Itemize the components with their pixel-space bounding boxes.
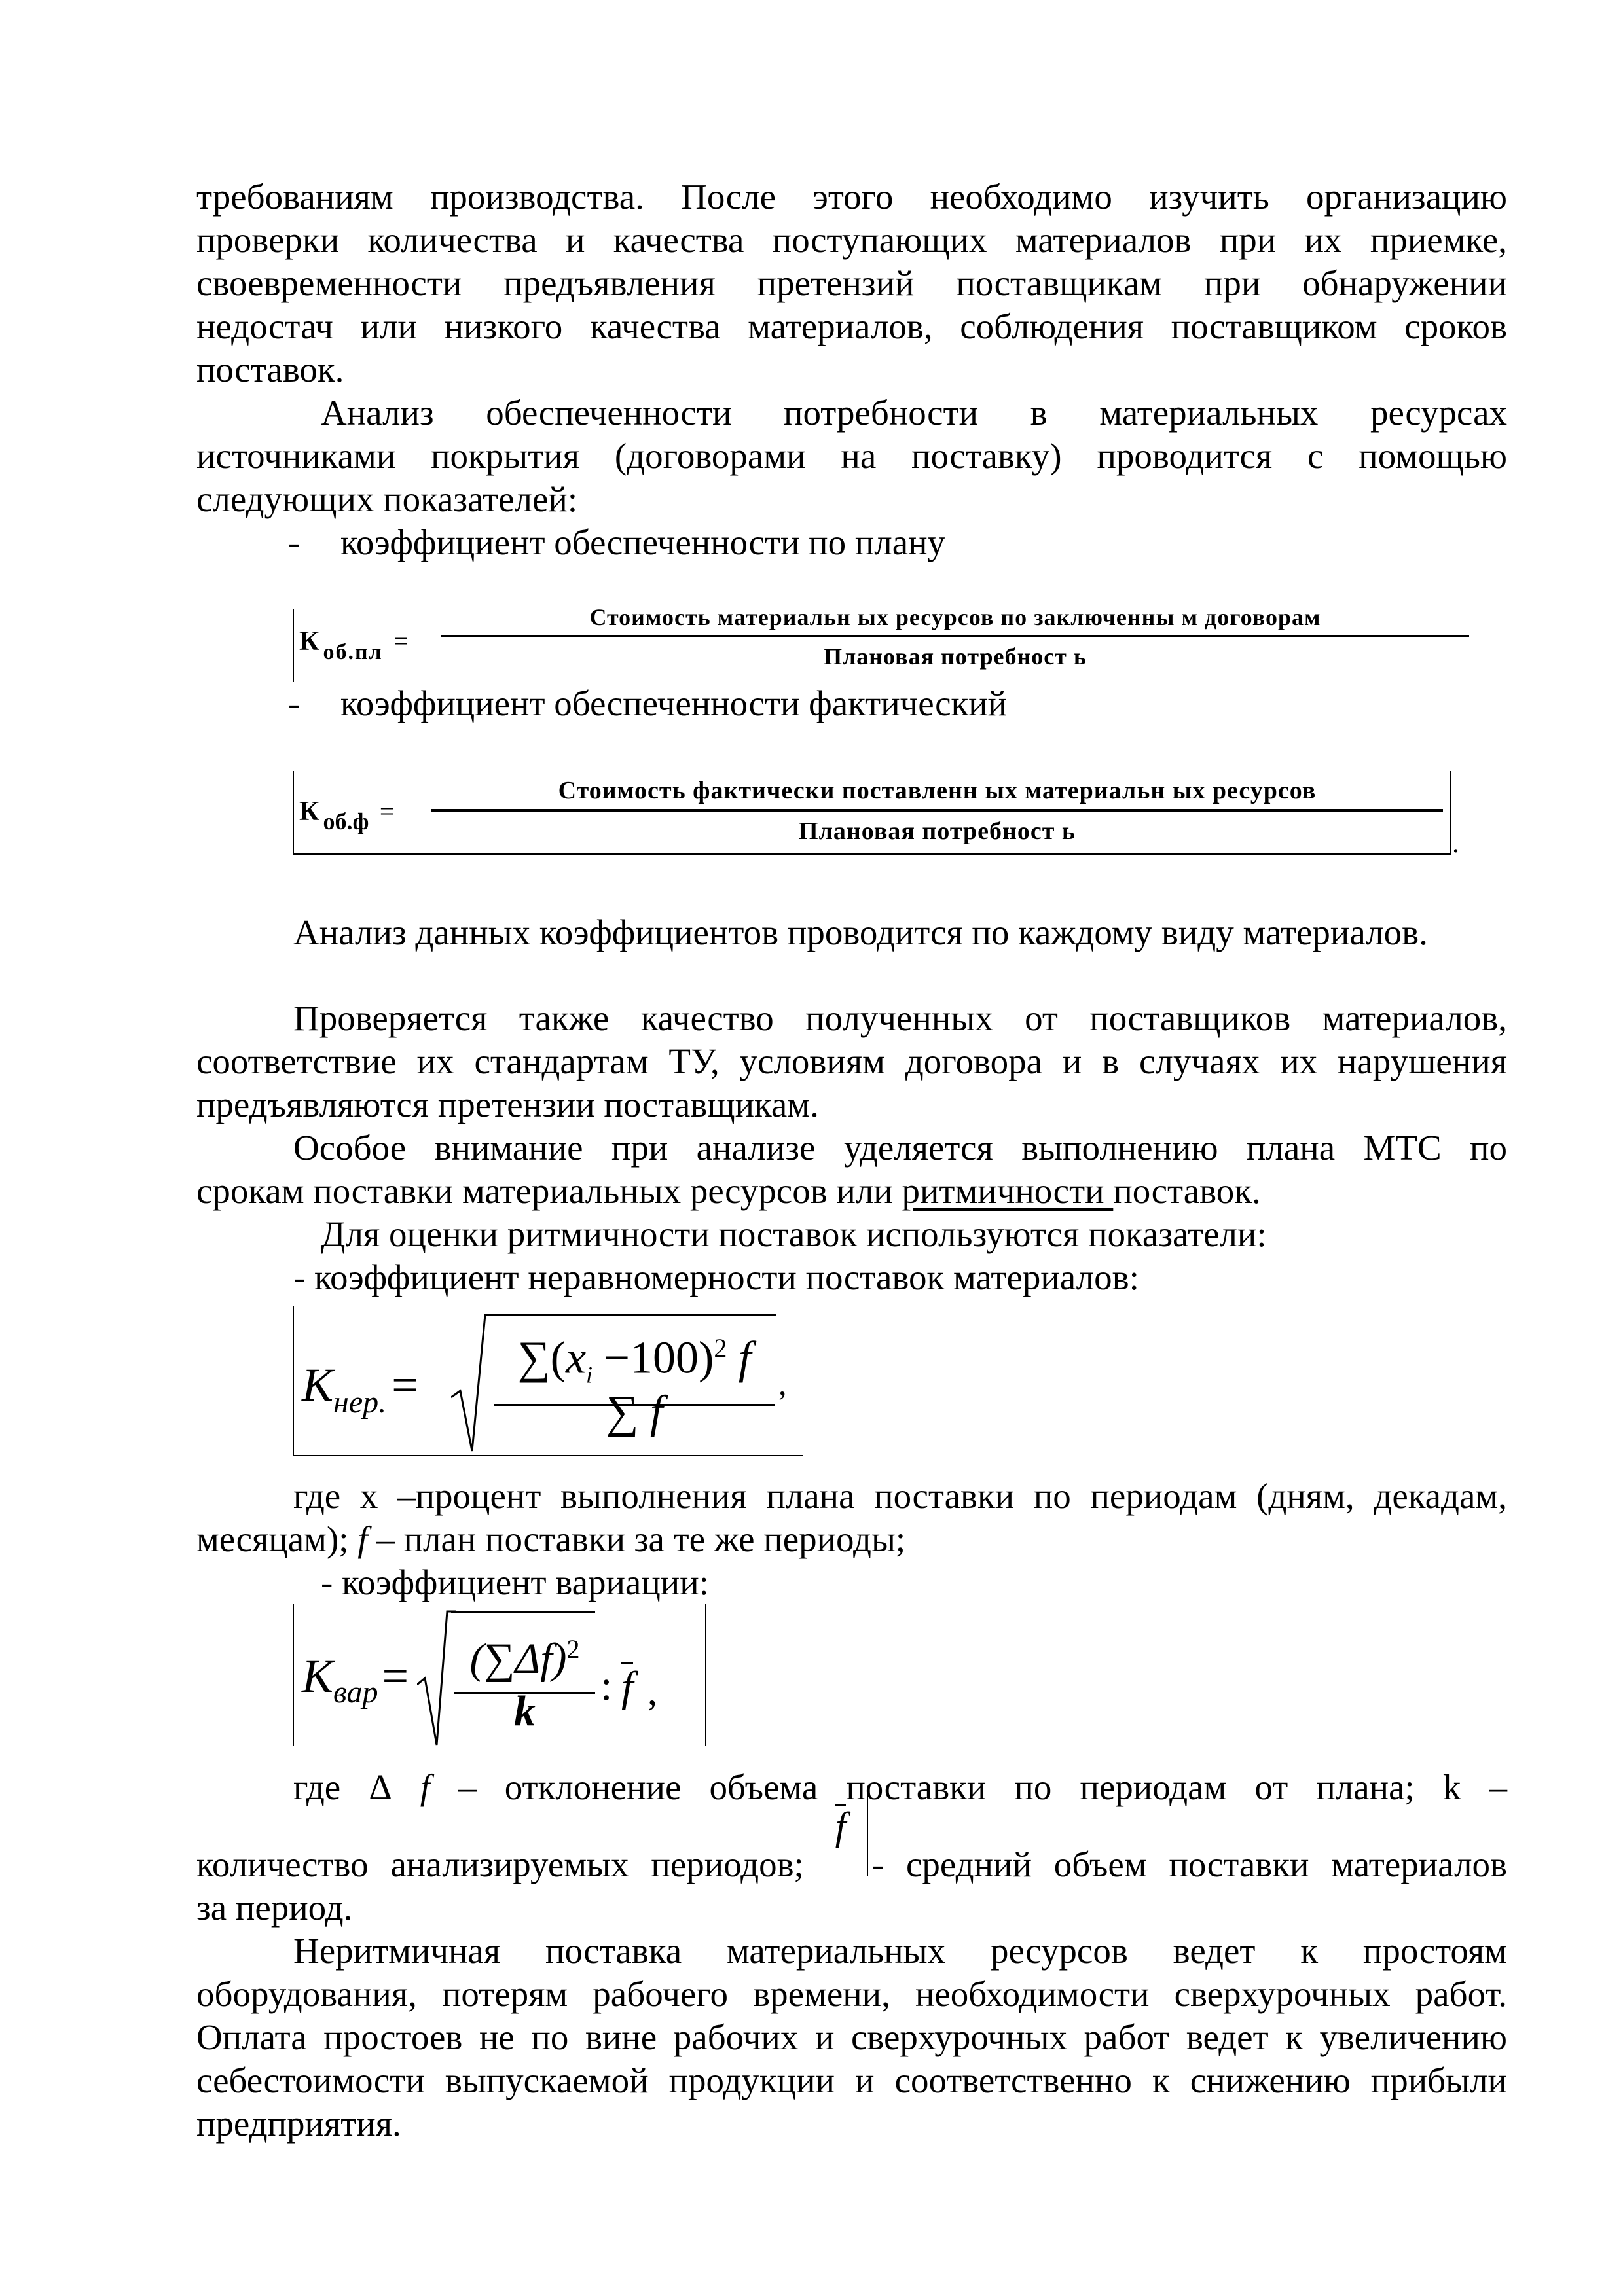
numerator: Стоимость фактически поставленн ых матер… xyxy=(431,776,1443,812)
sqrt-overbar xyxy=(488,1314,776,1316)
paragraph-line: где х –процент выполнения плана поставки… xyxy=(293,1475,1507,1518)
paragraph-line: Для оценки ритмичности поставок использу… xyxy=(321,1213,1499,1256)
text-segment: количество анализируемых периодов; xyxy=(196,1844,826,1884)
paragraph-line: предъявляются претензии поставщикам. xyxy=(196,1083,1507,1126)
word: от xyxy=(1254,1766,1288,1809)
word: объема xyxy=(709,1766,818,1809)
paragraph-line: Оплата простоев не по вине рабочих и све… xyxy=(196,2016,1507,2059)
paragraph-line: где Δ f – отклонение объема поставки по … xyxy=(293,1766,1507,1809)
paragraph-line: проверки количества и качества поступающ… xyxy=(196,219,1507,262)
math-f: f xyxy=(357,1519,367,1559)
bullet-text: коэффициент обеспеченности фактический xyxy=(340,683,1007,723)
word: k xyxy=(1443,1766,1461,1809)
paragraph-line: поставок. xyxy=(196,348,1507,391)
paragraph-line: предприятия. xyxy=(196,2102,1507,2145)
sqrt-overbar xyxy=(451,1611,595,1613)
bullet-item: - коэффициент вариации: xyxy=(321,1561,1106,1604)
formula-coverage-plan: Коб.пл = Стоимость материальн ых ресурсо… xyxy=(293,609,1472,682)
word: периодам xyxy=(1080,1766,1226,1809)
fbar-inline: f xyxy=(826,1844,872,1876)
word: по xyxy=(1014,1766,1051,1809)
bullet-item: - коэффициент неравномерности поставок м… xyxy=(293,1256,1472,1299)
bullet-item: -коэффициент обеспеченности по плану xyxy=(288,521,1270,564)
paragraph-line: месяцам); f – план поставки за те же пер… xyxy=(196,1518,1507,1561)
paragraph-line: соответствие их стандартам ТУ, условиям … xyxy=(196,1040,1507,1083)
formula-lhs: Коб.пл = xyxy=(299,626,409,657)
paragraph-line: количество анализируемых периодов; f- ср… xyxy=(196,1843,1507,1886)
word: где xyxy=(293,1766,340,1809)
text-segment: поставок. xyxy=(1113,1171,1260,1211)
paragraph-line: Анализ обеспеченности потребности в мате… xyxy=(321,391,1507,435)
word: – xyxy=(1489,1766,1507,1809)
paragraph-line: Проверяется также качество полученных от… xyxy=(293,997,1507,1040)
text-segment: - средний объем поставки материалов xyxy=(872,1844,1507,1884)
formula-coverage-actual: Коб.ф = Стоимость фактически поставленн … xyxy=(293,771,1451,855)
denominator: k xyxy=(454,1685,595,1738)
dash-marker: - xyxy=(288,682,340,725)
word: Δ xyxy=(369,1766,392,1809)
numerator: Стоимость материальн ых ресурсов по закл… xyxy=(441,603,1469,637)
formula-comma: , xyxy=(778,1365,787,1403)
paragraph-line: своевременности предъявления претензий п… xyxy=(196,262,1507,305)
divide-sign: : xyxy=(600,1661,612,1711)
paragraph-line: Особое внимание при анализе уделяется вы… xyxy=(293,1126,1507,1170)
denominator: Плановая потребност ь xyxy=(431,812,1443,846)
text-segment: – план поставки за те же периоды; xyxy=(368,1519,906,1559)
formula-fraction: Стоимость материальн ых ресурсов по закл… xyxy=(441,603,1469,670)
dash-marker: - xyxy=(288,521,340,564)
formula-unevenness: Kнер.= ∑(xi −100)2 f ∑ f , xyxy=(293,1306,803,1456)
numerator: (∑Δf)2 xyxy=(454,1617,595,1694)
paragraph-line: Неритмичная поставка материальных ресурс… xyxy=(293,1929,1507,1973)
paragraph-line: источниками покрытия (договорами на пост… xyxy=(196,435,1507,478)
word: плана; xyxy=(1316,1766,1414,1809)
underlined-term: ритмичности xyxy=(902,1171,1114,1211)
paragraph-line: следующих показателей: xyxy=(196,478,1507,521)
text-segment: срокам поставки материальных ресурсов ил… xyxy=(196,1171,902,1211)
paragraph-line: за период. xyxy=(196,1886,1507,1929)
formula-lhs: Коб.ф = xyxy=(299,796,394,827)
sqrt-icon xyxy=(417,1606,456,1750)
word: отклонение xyxy=(505,1766,682,1809)
sqrt-icon xyxy=(451,1312,490,1456)
paragraph-line: оборудования, потерям рабочего времени, … xyxy=(196,1973,1507,2016)
paragraph-line: себестоимости выпускаемой продукции и со… xyxy=(196,2059,1507,2102)
formula-period: . xyxy=(1452,826,1459,859)
formula-variation: Kвар= (∑Δf)2 k : f , xyxy=(293,1604,706,1746)
text-segment: месяцам); xyxy=(196,1519,357,1559)
denominator: ∑ f xyxy=(494,1383,775,1442)
denominator: Плановая потребност ь xyxy=(441,637,1469,670)
formula-fraction: Стоимость фактически поставленн ых матер… xyxy=(431,776,1443,846)
bullet-item: -коэффициент обеспеченности фактический xyxy=(288,682,1270,725)
bullet-text: коэффициент обеспеченности по плану xyxy=(340,522,945,562)
fbar: f xyxy=(621,1662,633,1709)
word: f xyxy=(420,1766,430,1809)
formula-lhs: Kнер.= xyxy=(302,1358,418,1412)
formula-comma: , xyxy=(647,1669,657,1714)
word: – xyxy=(458,1766,477,1809)
formula-lhs: Kвар= xyxy=(302,1649,409,1704)
paragraph-line: недостач или низкого качества материалов… xyxy=(196,305,1507,348)
paragraph-line: срокам поставки материальных ресурсов ил… xyxy=(196,1170,1507,1213)
paragraph-line: требованиям производства. После этого не… xyxy=(196,175,1507,219)
paragraph-line: Анализ данных коэффициентов проводится п… xyxy=(293,911,1507,954)
